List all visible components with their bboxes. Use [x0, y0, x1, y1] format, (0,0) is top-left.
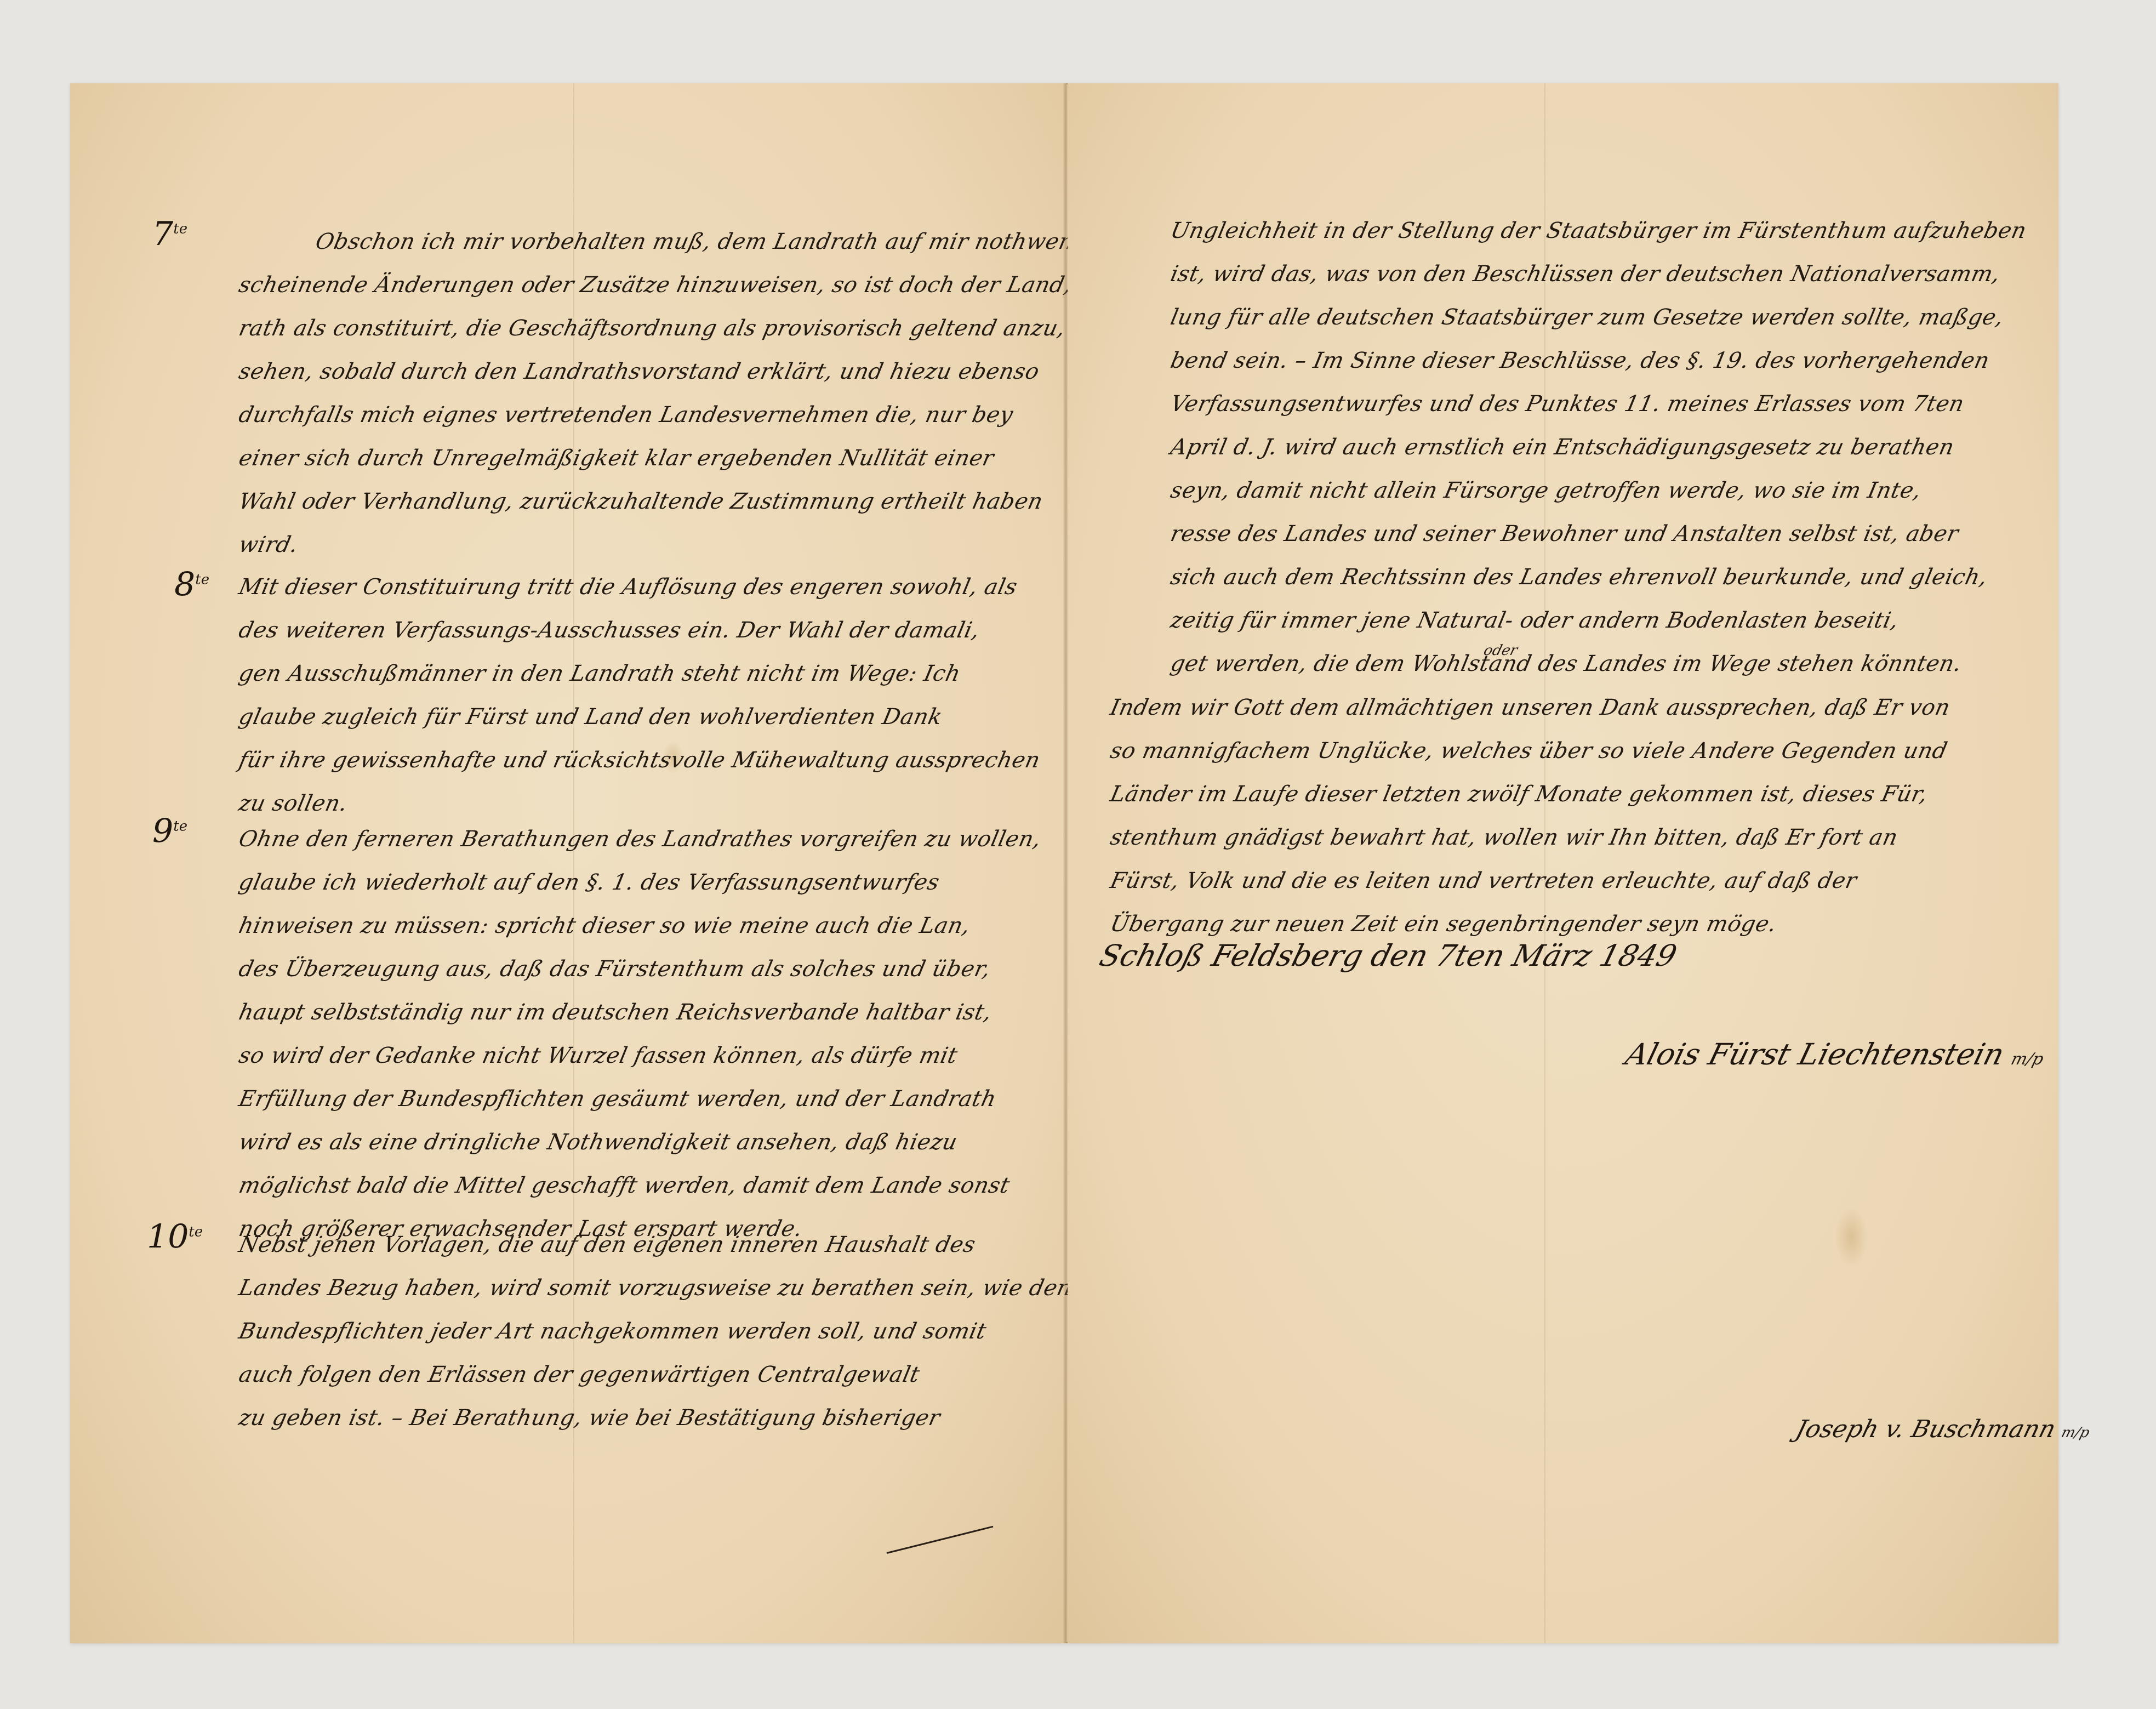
paragraph-8: Mit dieser Constituirung tritt die Auflö… [235, 566, 1035, 825]
text-line: so mannigfachem Unglücke, welches über s… [1106, 730, 2014, 773]
text-line: sehen, sobald durch den Landrathsvorstan… [235, 350, 1044, 394]
paragraph-9: Ohne den ferneren Berathungen des Landra… [235, 818, 1035, 1251]
text-line: Landes Bezug haben, wird somit vorzugswe… [235, 1267, 1044, 1310]
paragraph-10: Nebst jenen Vorlagen, die auf den eigene… [235, 1223, 1035, 1440]
paragraph-number-9: 9te [152, 812, 187, 851]
text-line: glaube zugleich für Fürst und Land den w… [235, 696, 1044, 739]
text-line: Erfüllung der Bundespflichten gesäumt we… [235, 1078, 1044, 1121]
text-line: ist, wird das, was von den Beschlüssen d… [1166, 253, 2074, 296]
text-line: zu geben ist. – Bei Berathung, wie bei B… [235, 1397, 1044, 1440]
paragraph-number-7: 7te [152, 215, 187, 253]
text-line: einer sich durch Unregelmäßigkeit klar e… [235, 437, 1044, 480]
text-line: hinweisen zu müssen: spricht dieser so w… [235, 904, 1044, 948]
text-line: des Überzeugung aus, daß das Fürstenthum… [235, 948, 1044, 991]
text-line: rath als constituirt, die Geschäftsordnu… [235, 307, 1044, 350]
text-line: wird es als eine dringliche Nothwendigke… [235, 1121, 1044, 1164]
text-line: scheinende Änderungen oder Zusätze hinzu… [235, 264, 1044, 307]
text-line: sich auch dem Rechtssinn des Landes ehre… [1166, 556, 2074, 599]
continuation-text: Ungleichheit in der Stellung der Staatsb… [1166, 209, 2065, 686]
text-line: Wahl oder Verhandlung, zurückzuhaltende … [235, 480, 1044, 523]
text-line: für ihre gewissenhafte und rücksichtsvol… [235, 739, 1044, 782]
paragraph-number-10: 10te [147, 1218, 203, 1256]
text-line: Ungleichheit in der Stellung der Staatsb… [1166, 209, 2074, 253]
text-line: zeitig für immer jene Natural- oder ande… [1166, 599, 2074, 642]
text-line: Länder im Laufe dieser letzten zwölf Mon… [1106, 773, 2014, 816]
text-line: resse des Landes und seiner Bewohner und… [1166, 512, 2074, 556]
signature-liechtenstein: Alois Fürst Liechtenstein m/p [1622, 1037, 2049, 1072]
text-line: Fürst, Volk und die es leiten und vertre… [1106, 859, 2014, 903]
text-line: so wird der Gedanke nicht Wurzel fassen … [235, 1034, 1044, 1078]
page-end-stroke-mark [887, 1526, 994, 1554]
text-line: möglichst bald die Mittel geschafft werd… [235, 1164, 1044, 1207]
paper-stain [1835, 1207, 1868, 1267]
interlinear-correction: oder [1482, 642, 1519, 659]
text-line: gen Ausschußmänner in den Landrath steht… [235, 652, 1044, 696]
text-line: durchfalls mich eignes vertretenden Land… [235, 394, 1044, 437]
text-line: get werden, die dem Wohlstand des Landes… [1166, 642, 2074, 686]
text-line: haupt selbstständig nur im deutschen Rei… [235, 991, 1044, 1034]
paragraph-7: Obschon ich mir vorbehalten muß, dem Lan… [235, 220, 1035, 567]
text-line: bend sein. – Im Sinne dieser Beschlüsse,… [1166, 339, 2074, 383]
right-page: Ungleichheit in der Stellung der Staatsb… [1068, 83, 2058, 1643]
text-line: seyn, damit nicht allein Fürsorge getrof… [1166, 469, 2074, 512]
text-line: Verfassungsentwurfes und des Punktes 11.… [1166, 383, 2074, 426]
text-line: Indem wir Gott dem allmächtigen unseren … [1106, 686, 2014, 730]
text-line: glaube ich wiederholt auf den §. 1. des … [235, 861, 1044, 904]
text-line: Nebst jenen Vorlagen, die auf den eigene… [235, 1223, 1044, 1267]
document-sheet: 7te Obschon ich mir vorbehalten muß, dem… [70, 83, 2058, 1643]
left-page: 7te Obschon ich mir vorbehalten muß, dem… [70, 83, 1066, 1643]
text-line: auch folgen den Erlässen der gegenwärtig… [235, 1353, 1044, 1397]
text-line: Obschon ich mir vorbehalten muß, dem Lan… [235, 220, 1044, 264]
text-line: wird. [235, 523, 1044, 567]
text-line: stenthum gnädigst bewahrt hat, wollen wi… [1106, 816, 2014, 859]
dateline: Schloß Feldsberg den 7ten März 1849 [1096, 938, 1681, 973]
paragraph-number-8: 8te [174, 566, 209, 604]
closing-paragraph: Indem wir Gott dem allmächtigen unseren … [1106, 686, 2005, 946]
text-line: April d. J. wird auch ernstlich ein Ents… [1166, 426, 2074, 469]
signature-buschmann: Joseph v. Buschmann m/p [1793, 1415, 2094, 1443]
text-line: lung für alle deutschen Staatsbürger zum… [1166, 296, 2074, 339]
text-line: Bundespflichten jeder Art nachgekommen w… [235, 1310, 1044, 1353]
text-line: des weiteren Verfassungs-Ausschusses ein… [235, 609, 1044, 652]
text-line: Mit dieser Constituirung tritt die Auflö… [235, 566, 1044, 609]
text-line: Ohne den ferneren Berathungen des Landra… [235, 818, 1044, 861]
